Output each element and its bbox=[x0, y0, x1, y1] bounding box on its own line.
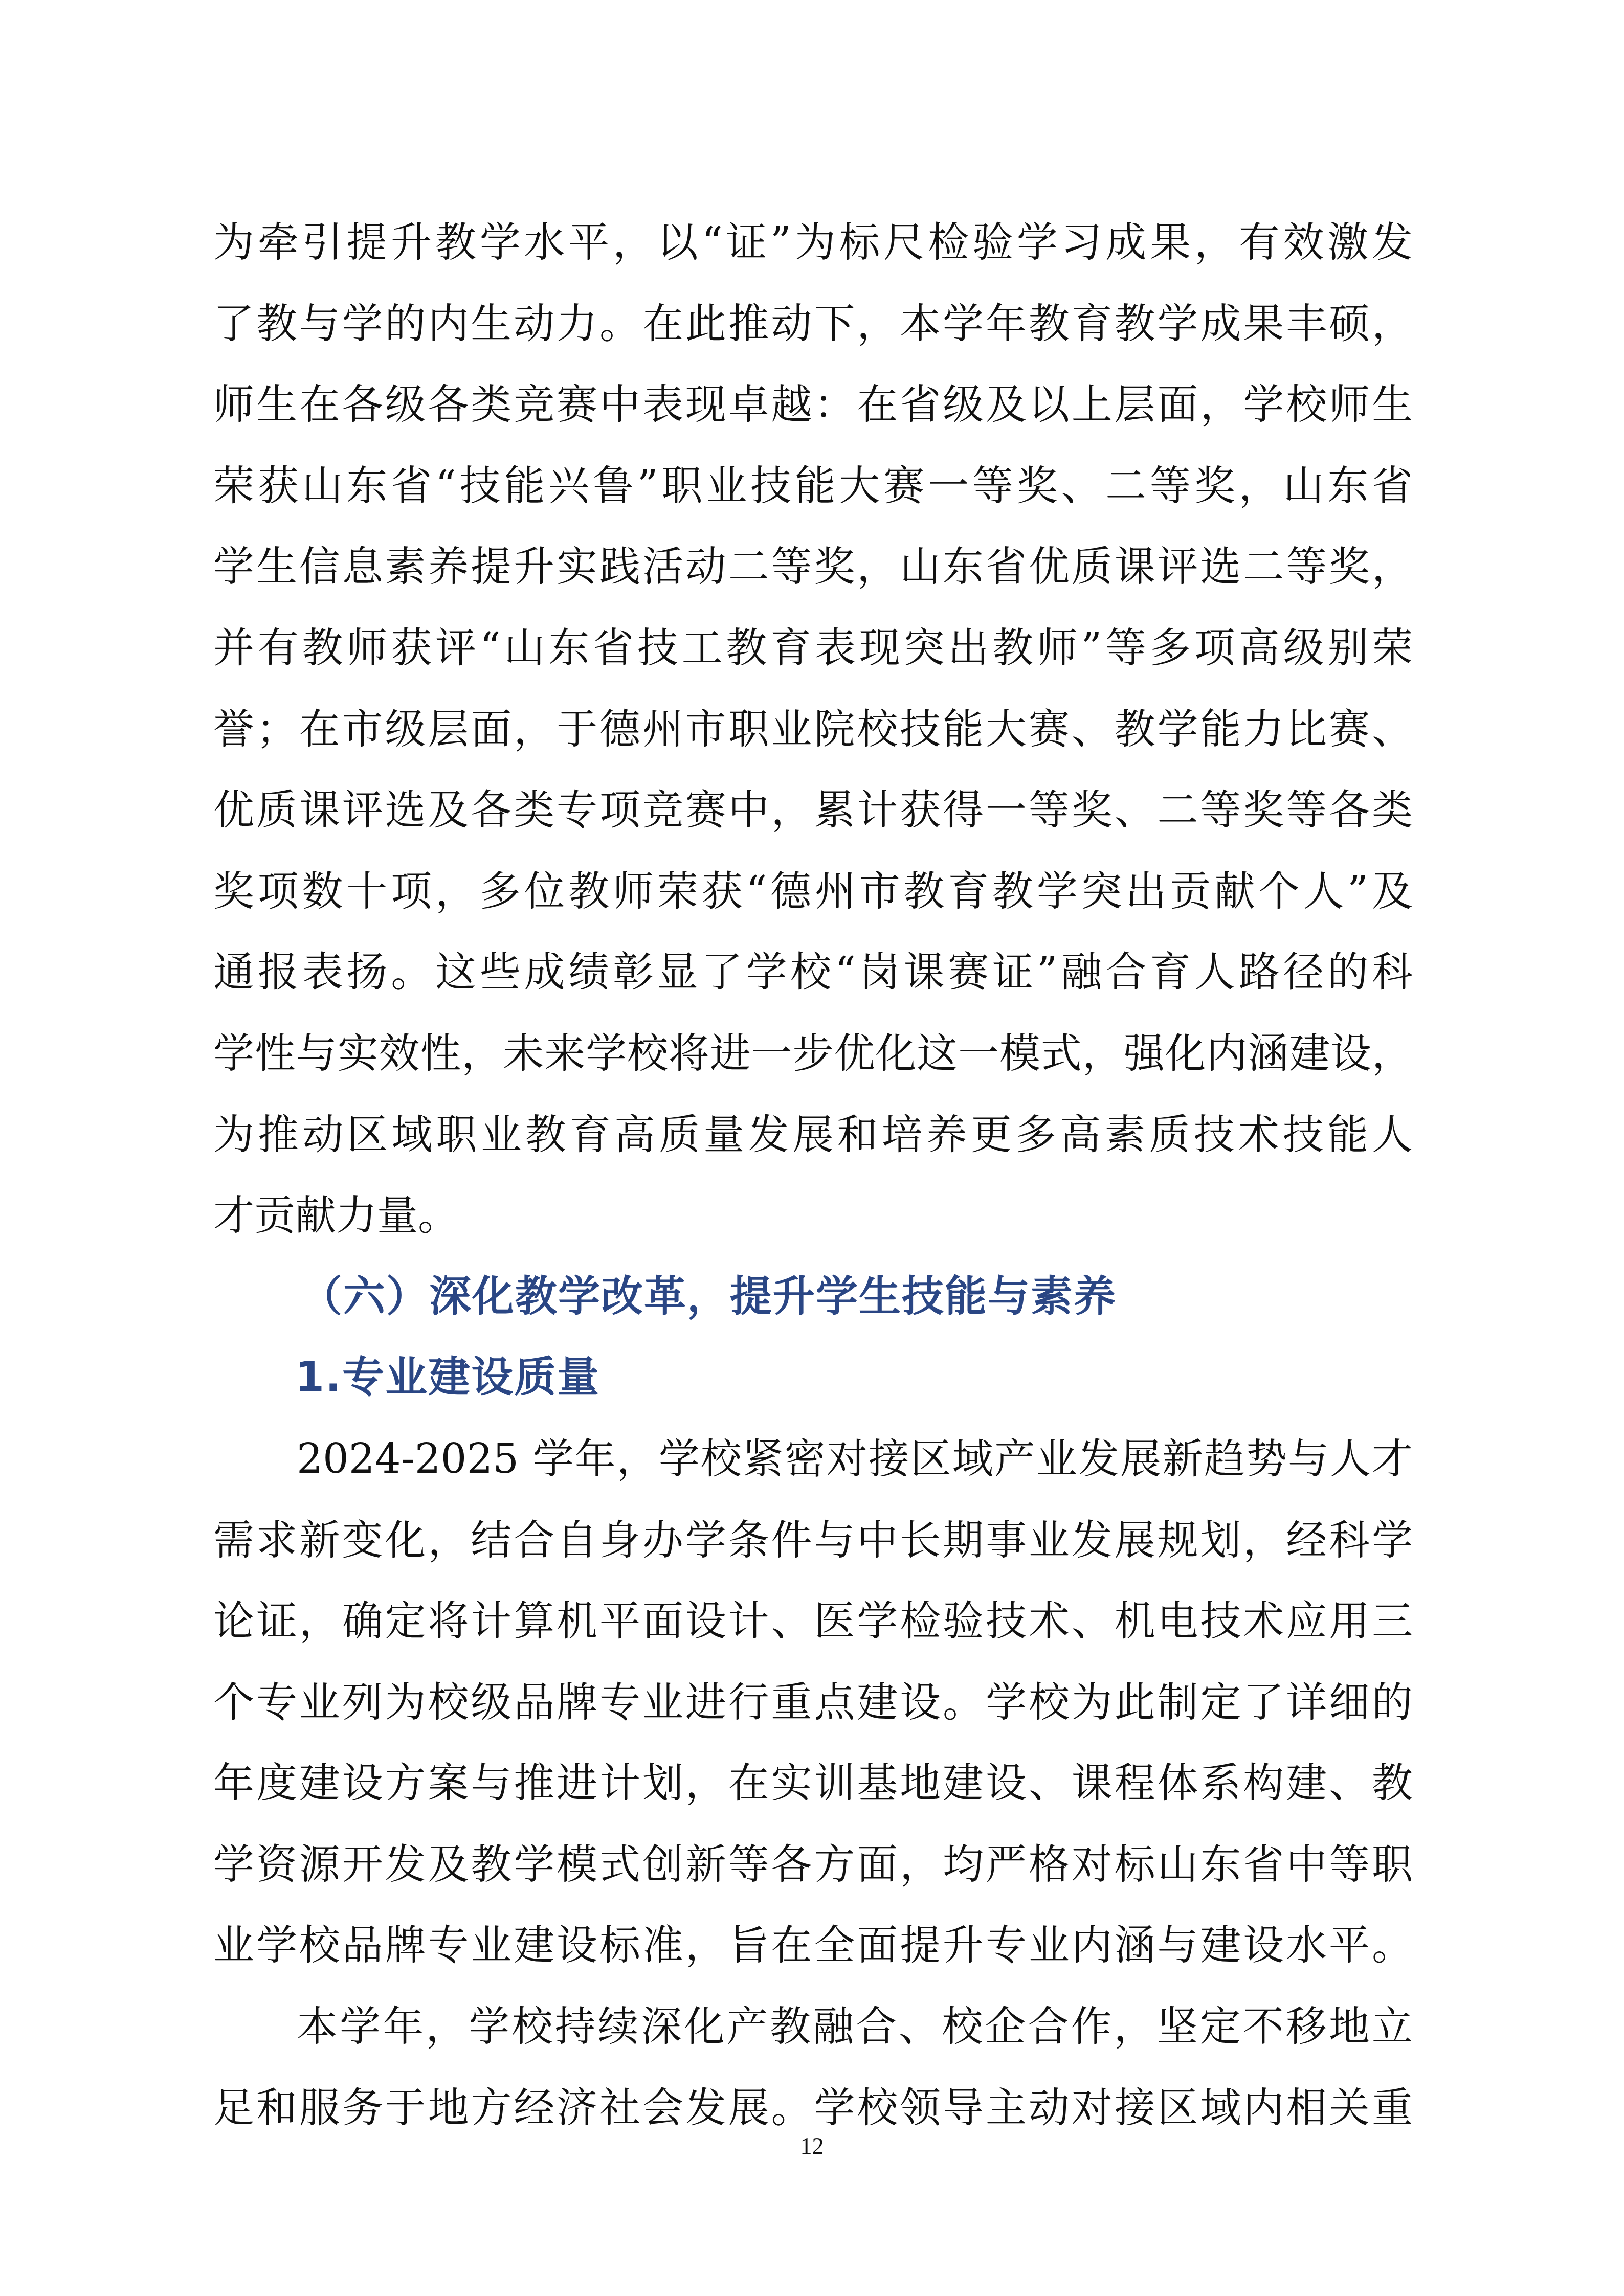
document-page: 为牵引提升教学水平，以“证”为标尺检验学习成果，有效激发 了教与学的内生动力。在… bbox=[0, 0, 1624, 2296]
text-line: 学资源开发及教学模式创新等各方面，均严格对标山东省中等职 bbox=[213, 1824, 1413, 1905]
text-line: 年度建设方案与推进计划，在实训基地建设、课程体系构建、教 bbox=[213, 1743, 1413, 1824]
text-line: 誉；在市级层面，于德州市职业院校技能大赛、教学能力比赛、 bbox=[213, 689, 1413, 770]
text-line: 为牵引提升教学水平，以“证”为标尺检验学习成果，有效激发 bbox=[213, 202, 1413, 283]
text-line: 优质课评选及各类专项竞赛中，累计获得一等奖、二等奖等各类 bbox=[213, 770, 1413, 851]
paragraph-specialty-construction: 2024-2025 学年，学校紧密对接区域产业发展新趋势与人才 需求新变化，结合… bbox=[213, 1419, 1413, 1986]
text-line: 本学年，学校持续深化产教融合、校企合作，坚定不移地立 bbox=[213, 1986, 1413, 2067]
text-line: 荣获山东省“技能兴鲁”职业技能大赛一等奖、二等奖，山东省 bbox=[213, 445, 1413, 527]
text-line: 业学校品牌专业建设标准，旨在全面提升专业内涵与建设水平。 bbox=[213, 1905, 1413, 1986]
page-content: 为牵引提升教学水平，以“证”为标尺检验学习成果，有效激发 了教与学的内生动力。在… bbox=[213, 202, 1413, 2148]
text-line: 论证，确定将计算机平面设计、医学检验技术、机电技术应用三 bbox=[213, 1581, 1413, 1662]
section-heading: （六）深化教学改革，提升学生技能与素养 bbox=[213, 1256, 1413, 1338]
text-line: 为推动区域职业教育高质量发展和培养更多高素质技术技能人 bbox=[213, 1094, 1413, 1176]
text-line: 学性与实效性，未来学校将进一步优化这一模式，强化内涵建设， bbox=[213, 1013, 1413, 1094]
text-line: 才贡献力量。 bbox=[213, 1175, 1413, 1256]
text-line: 学生信息素养提升实践活动二等奖，山东省优质课评选二等奖， bbox=[213, 526, 1413, 607]
paragraph-achievements: 为牵引提升教学水平，以“证”为标尺检验学习成果，有效激发 了教与学的内生动力。在… bbox=[213, 202, 1413, 1256]
subsection-heading: 1.专业建设质量 bbox=[213, 1337, 1413, 1419]
text-line: 个专业列为校级品牌专业进行重点建设。学校为此制定了详细的 bbox=[213, 1662, 1413, 1743]
paragraph-industry-integration: 本学年，学校持续深化产教融合、校企合作，坚定不移地立 足和服务于地方经济社会发展… bbox=[213, 1986, 1413, 2148]
text-line: 师生在各级各类竞赛中表现卓越：在省级及以上层面，学校师生 bbox=[213, 364, 1413, 445]
text-line: 并有教师获评“山东省技工教育表现突出教师”等多项高级别荣 bbox=[213, 607, 1413, 689]
text-line: 了教与学的内生动力。在此推动下，本学年教育教学成果丰硕， bbox=[213, 283, 1413, 365]
text-line: 需求新变化，结合自身办学条件与中长期事业发展规划，经科学 bbox=[213, 1500, 1413, 1581]
text-line: 2024-2025 学年，学校紧密对接区域产业发展新趋势与人才 bbox=[213, 1419, 1413, 1500]
page-number: 12 bbox=[0, 2132, 1624, 2159]
text-line: 奖项数十项，多位教师荣获“德州市教育教学突出贡献个人”及 bbox=[213, 851, 1413, 932]
text-line: 通报表扬。这些成绩彰显了学校“岗课赛证”融合育人路径的科 bbox=[213, 932, 1413, 1013]
